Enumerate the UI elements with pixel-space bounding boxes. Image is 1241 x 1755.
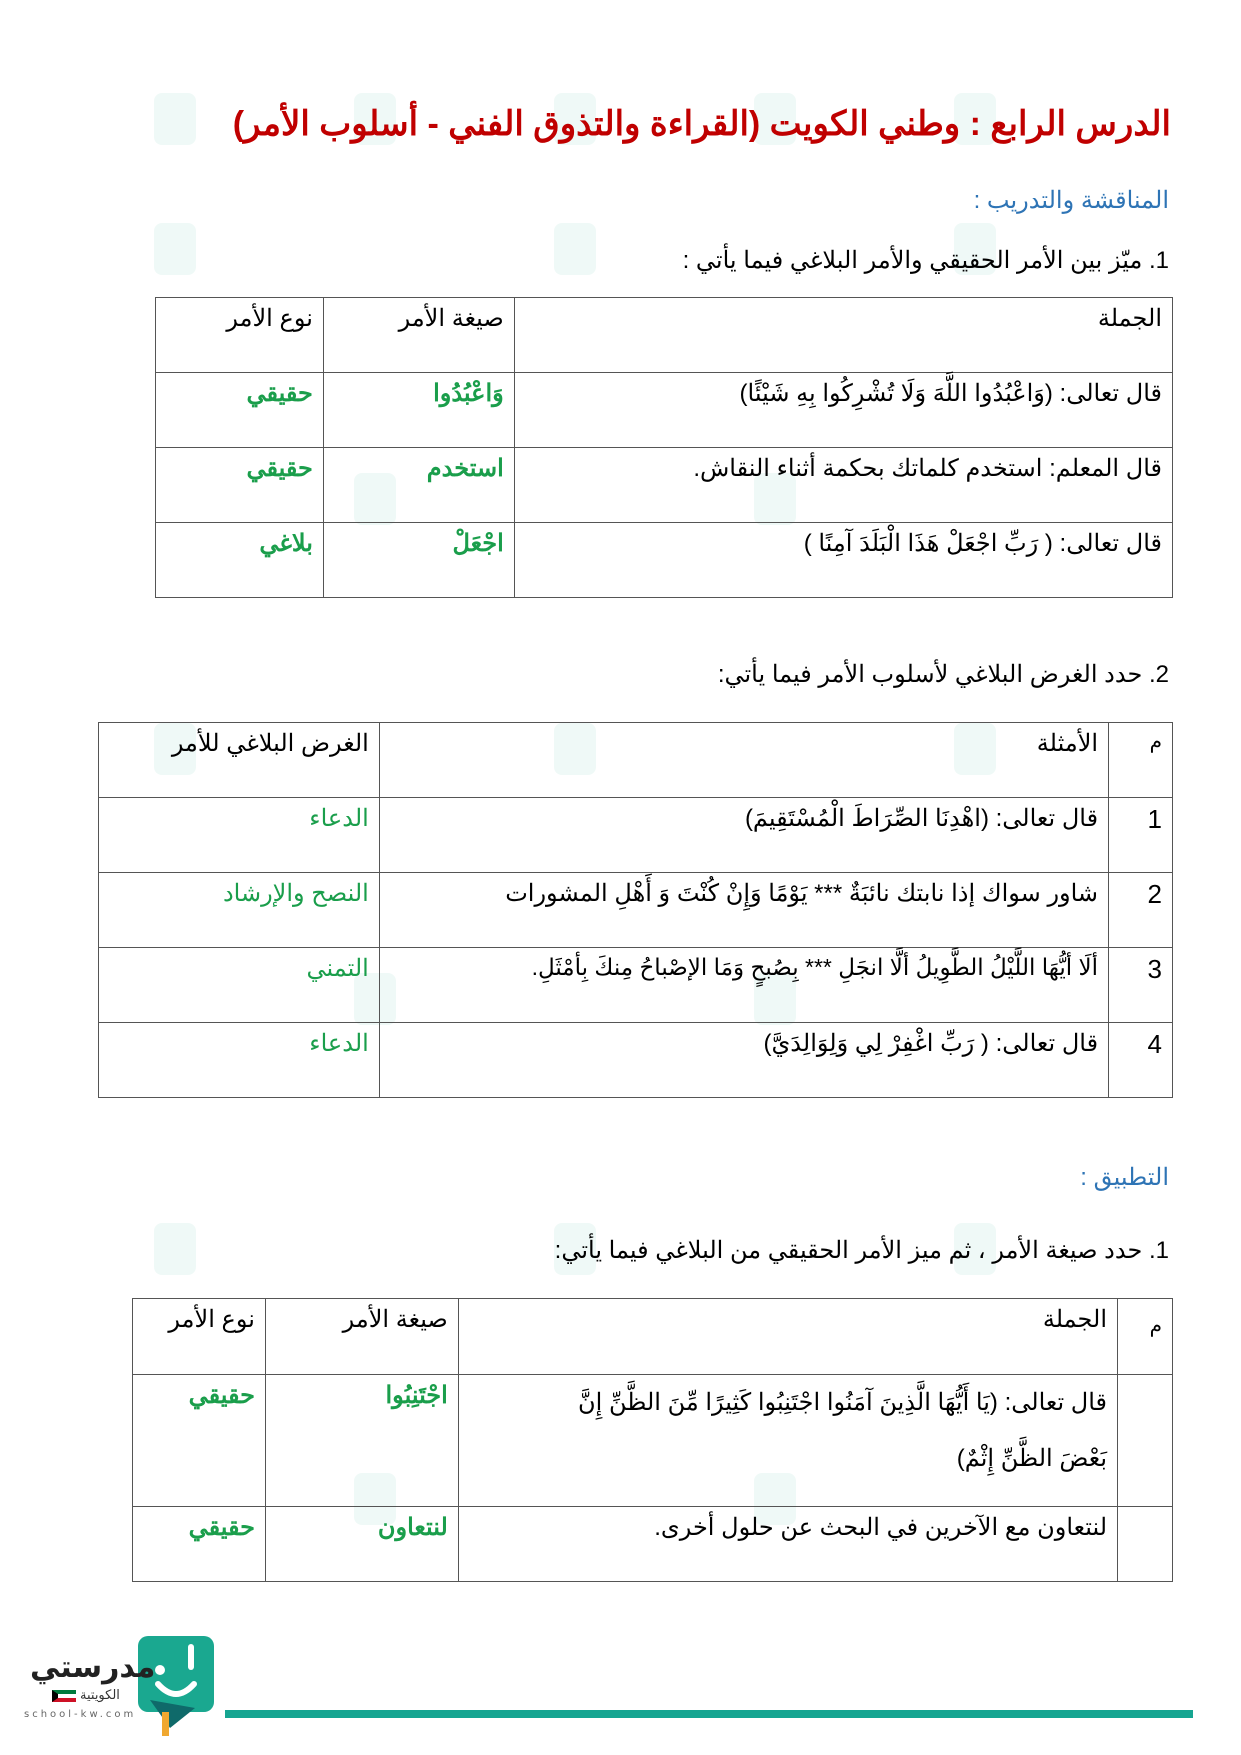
logo-subtitle: الكويتية (80, 1688, 120, 1703)
header-sentence: الجملة (458, 1299, 1117, 1375)
cell-sentence: قال تعالى: (وَاعْبُدُوا اللَّهَ وَلَا تُ… (514, 373, 1172, 448)
header-sentence: الجملة (514, 298, 1172, 373)
table-row: قال المعلم: استخدم كلماتك بحكمة أثناء ال… (156, 448, 1173, 523)
cell-sentence: قال تعالى: (يَا أَيُّهَا الَّذِينَ آمَنُ… (458, 1375, 1117, 1507)
table-row: قال تعالى: (يَا أَيُّهَا الَّذِينَ آمَنُ… (133, 1375, 1173, 1507)
table-header-row: م الجملة صيغة الأمر نوع الأمر (133, 1299, 1173, 1375)
cell-type: حقيقي (133, 1375, 266, 1507)
cell-type: حقيقي (133, 1507, 266, 1582)
header-examples: الأمثلة (379, 723, 1108, 798)
section-heading-discussion: المناقشة والتدريب : (974, 186, 1169, 215)
cell-sentence: لنتعاون مع الآخرين في البحث عن حلول أخرى… (458, 1507, 1117, 1582)
cell-purpose: الدعاء (99, 798, 380, 873)
header-num: م (1118, 1299, 1173, 1375)
sentence-line-1: قال تعالى: (يَا أَيُّهَا الَّذِينَ آمَنُ… (469, 1375, 1107, 1431)
question-2-prompt: 2. حدد الغرض البلاغي لأسلوب الأمر فيما ي… (718, 660, 1169, 689)
table-row: لنتعاون مع الآخرين في البحث عن حلول أخرى… (133, 1507, 1173, 1582)
question-1-prompt: 1. ميّز بين الأمر الحقيقي والأمر البلاغي… (683, 246, 1169, 275)
cell-example: قال تعالى: ( رَبِّ اغْفِرْ لِي وَلِوَالِ… (379, 1023, 1108, 1098)
header-type: نوع الأمر (156, 298, 324, 373)
sentence-line-2: بَعْضَ الظَّنِّ إِثْمٌ) (469, 1431, 1107, 1487)
cell-type: حقيقي (156, 373, 324, 448)
table-row: قال تعالى: ( رَبِّ اجْعَلْ هَذَا الْبَلَ… (156, 523, 1173, 598)
header-type: نوع الأمر (133, 1299, 266, 1375)
cell-num: 3 (1109, 948, 1173, 1023)
table-rhetorical-purpose: م الأمثلة الغرض البلاغي للأمر 1 قال تعال… (98, 722, 1173, 1098)
cell-num (1118, 1507, 1173, 1582)
table-header-row: الجملة صيغة الأمر نوع الأمر (156, 298, 1173, 373)
cell-sentence: قال تعالى: ( رَبِّ اجْعَلْ هَذَا الْبَلَ… (514, 523, 1172, 598)
lesson-title: الدرس الرابع : وطني الكويت (القراءة والت… (233, 104, 1171, 144)
header-num: م (1109, 723, 1173, 798)
sentence-line-1: لنتعاون مع الآخرين في البحث عن حلول أخرى… (469, 1513, 1107, 1542)
table-row: 2 شاور سواك إذا نابتك نائبَةٌ *** يَوْمً… (99, 873, 1173, 948)
table-real-vs-rhetorical: الجملة صيغة الأمر نوع الأمر قال تعالى: (… (155, 297, 1173, 598)
logo-name: مدرستي (30, 1650, 155, 1685)
cell-form: اجْعَلْ (323, 523, 514, 598)
cell-form: لنتعاون (265, 1507, 458, 1582)
logo-url: school-kw.com (24, 1709, 136, 1720)
footer-divider (225, 1710, 1193, 1718)
cell-num: 2 (1109, 873, 1173, 948)
cell-sentence: قال المعلم: استخدم كلماتك بحكمة أثناء ال… (514, 448, 1172, 523)
table-row: 4 قال تعالى: ( رَبِّ اغْفِرْ لِي وَلِوَا… (99, 1023, 1173, 1098)
madrasati-logo-icon (20, 1630, 220, 1740)
cell-num: 1 (1109, 798, 1173, 873)
cell-form: وَاعْبُدُوا (323, 373, 514, 448)
table-application: م الجملة صيغة الأمر نوع الأمر قال تعالى:… (132, 1298, 1173, 1582)
cell-purpose: التمني (99, 948, 380, 1023)
table-header-row: م الأمثلة الغرض البلاغي للأمر (99, 723, 1173, 798)
section-heading-application: التطبيق : (1080, 1163, 1169, 1192)
table-row: قال تعالى: (وَاعْبُدُوا اللَّهَ وَلَا تُ… (156, 373, 1173, 448)
cell-example: ألَا أيُّهَا اللَّيْلُ الطَّوِيلُ ألَّا … (379, 948, 1108, 1023)
cell-type: حقيقي (156, 448, 324, 523)
cell-example: شاور سواك إذا نابتك نائبَةٌ *** يَوْمًا … (379, 873, 1108, 948)
cell-purpose: النصح والإرشاد (99, 873, 380, 948)
cell-num: 4 (1109, 1023, 1173, 1098)
document-page: الدرس الرابع : وطني الكويت (القراءة والت… (0, 0, 1241, 1755)
table-row: 3 ألَا أيُّهَا اللَّيْلُ الطَّوِيلُ ألَّ… (99, 948, 1173, 1023)
cell-num (1118, 1375, 1173, 1507)
cell-form: اجْتَنِبُوا (265, 1375, 458, 1507)
cell-example: قال تعالى: (اهْدِنَا الصِّرَاطَ الْمُسْت… (379, 798, 1108, 873)
kuwait-flag-icon (52, 1690, 76, 1702)
header-form: صيغة الأمر (323, 298, 514, 373)
cell-purpose: الدعاء (99, 1023, 380, 1098)
cell-type: بلاغي (156, 523, 324, 598)
application-question-1-prompt: 1. حدد صيغة الأمر ، ثم ميز الأمر الحقيقي… (555, 1236, 1169, 1265)
table-row: 1 قال تعالى: (اهْدِنَا الصِّرَاطَ الْمُس… (99, 798, 1173, 873)
header-purpose: الغرض البلاغي للأمر (99, 723, 380, 798)
header-form: صيغة الأمر (265, 1299, 458, 1375)
cell-form: استخدم (323, 448, 514, 523)
